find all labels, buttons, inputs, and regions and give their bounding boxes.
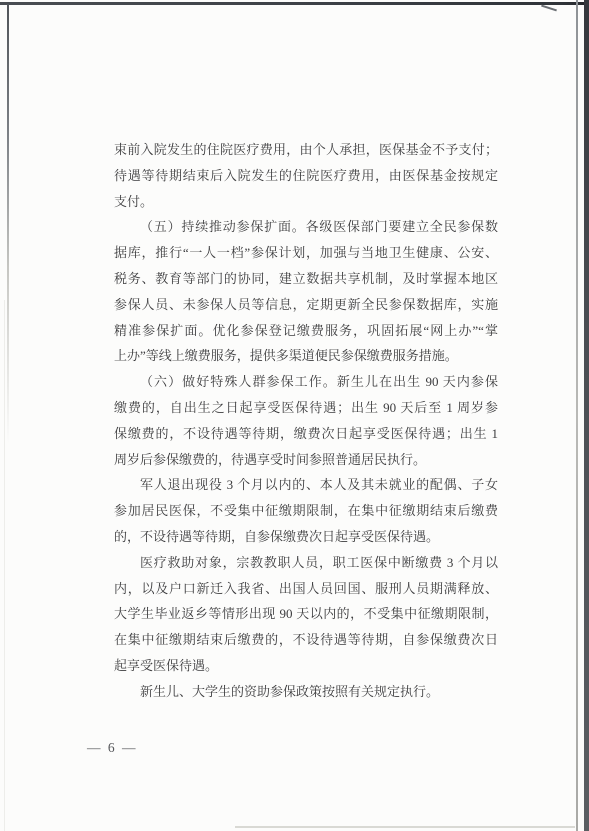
text-line: 大学生毕业返乡等情形出现 90 天以内的，不受集中征缴期限制， [114,601,498,627]
text-line: 待遇等待期结束后入院发生的住院医疗费用，由医保基金按规定 [114,163,498,189]
text-line: 支付。 [114,189,498,215]
text-line: （五）持续推动参保扩面。各级医保部门要建立全民参保数 [114,214,498,240]
text-line: 军人退出现役 3 个月以内的、本人及其未就业的配偶、子女 [114,472,498,498]
text-line: 参加居民医保，不受集中征缴期限制，在集中征缴期结束后缴费 [114,498,498,524]
text-line: 缴费的，自出生之日起享受医保待遇；出生 90 天后至 1 周岁参 [114,395,498,421]
text-line: 内，以及户口新迁入我省、出国人员回国、服刑人员期满释放、 [114,576,498,602]
scan-edge-right-inner [576,0,578,831]
scan-edge-left-faint [4,300,5,831]
text-line: 参保人员、未参保人员等信息，定期更新全民参保数据库，实施 [114,292,498,318]
scan-edge-right-outer [584,0,589,831]
text-line: 上办”等线上缴费服务，提供多渠道便民参保缴费服务措施。 [114,343,498,369]
text-line: （六）做好特殊人群参保工作。新生儿在出生 90 天内参保 [114,369,498,395]
scan-edge-top [0,2,586,5]
text-line: 束前入院发生的住院医疗费用，由个人承担，医保基金不予支付； [114,137,498,163]
text-line: 据库，推行“一人一档”参保计划，加强与当地卫生健康、公安、 [114,240,498,266]
page-number: — 6 — [87,740,138,756]
text-line: 医疗救助对象，宗教教职人员，职工医保中断缴费 3 个月以 [114,550,498,576]
scanned-page: 束前入院发生的住院医疗费用，由个人承担，医保基金不予支付；待遇等待期结束后入院发… [0,0,589,831]
text-line: 保缴费的，不设待遇等待期，缴费次日起享受医保待遇；出生 1 [114,421,498,447]
document-body: 束前入院发生的住院医疗费用，由个人承担，医保基金不予支付；待遇等待期结束后入院发… [114,137,498,705]
text-line: 税务、教育等部门的协同，建立数据共享机制，及时掌握本地区 [114,266,498,292]
scan-edge-bottom [235,826,575,828]
text-line: 起享受医保待遇。 [114,653,498,679]
text-line: 在集中征缴期结束后缴费的，不设待遇等待期，自参保缴费次日 [114,627,498,653]
text-line: 精准参保扩面。优化参保登记缴费服务，巩固拓展“网上办”“掌 [114,318,498,344]
text-line: 新生儿、大学生的资助参保政策按照有关规定执行。 [114,679,498,705]
scan-corner-mark [541,5,557,12]
text-line: 周岁后参保缴费的，待遇享受时间参照普通居民执行。 [114,447,498,473]
text-line: 的，不设待遇等待期，自参保缴费次日起享受医保待遇。 [114,524,498,550]
scan-edge-left [7,4,9,444]
